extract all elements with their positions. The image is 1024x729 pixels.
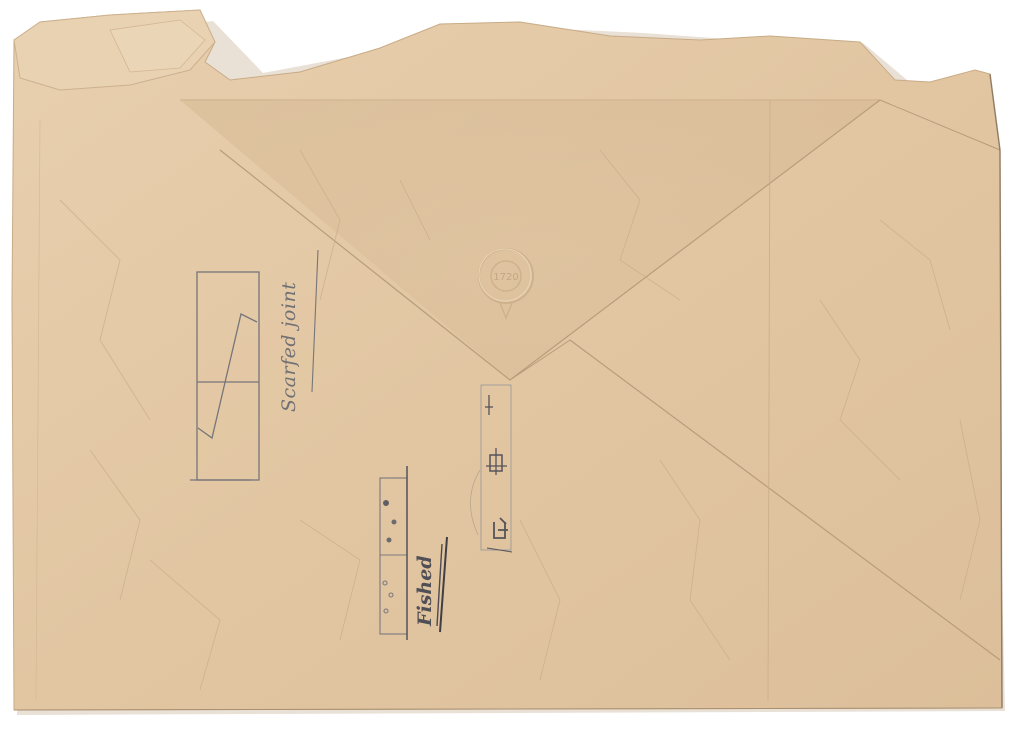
fished-label: Fished bbox=[414, 555, 436, 626]
scarfed-joint-label: Scarfed joint bbox=[278, 282, 300, 412]
envelope-photo: 1720 bbox=[0, 0, 1024, 729]
envelope-illustration: 1720 bbox=[0, 0, 1024, 729]
stamp-year: 1720 bbox=[493, 272, 518, 283]
